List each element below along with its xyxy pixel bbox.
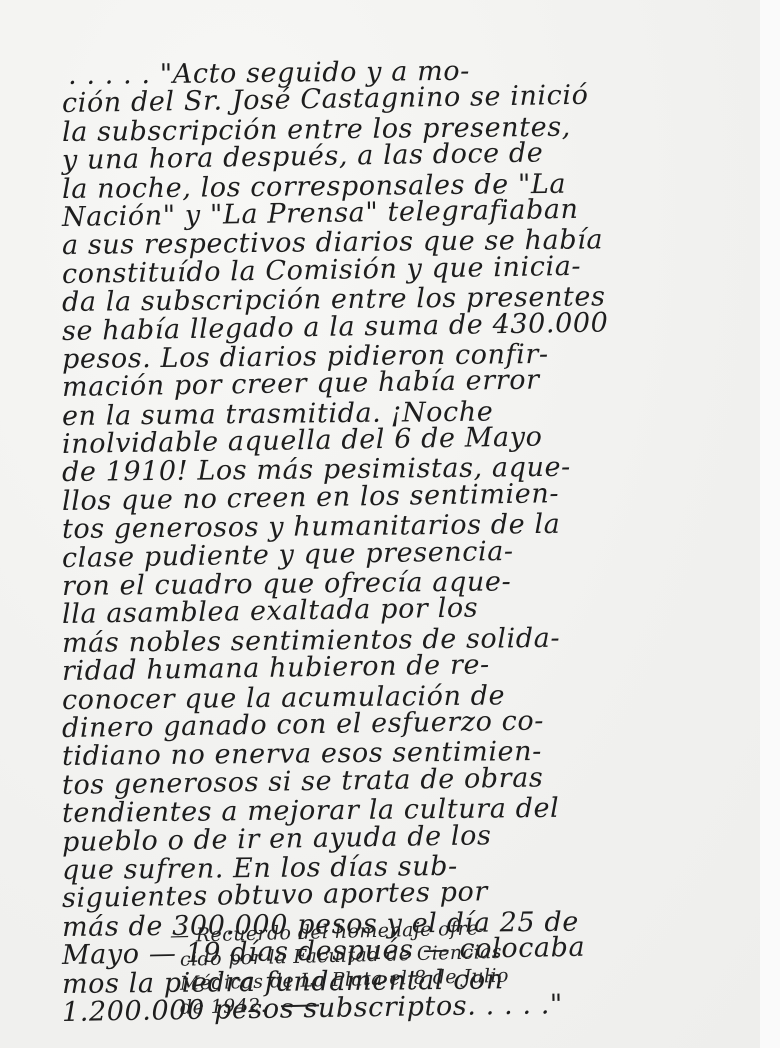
closing-note-date: de 1942. <box>180 995 268 1019</box>
handwritten-body: . . . . . "Acto seguido y a mo- ción del… <box>62 62 752 1027</box>
closing-note: — Recuerdo del homenaje ofre- cido por l… <box>170 924 750 1020</box>
closing-dash <box>281 1004 319 1007</box>
scanned-page: . . . . . "Acto seguido y a mo- ción del… <box>0 0 780 1048</box>
